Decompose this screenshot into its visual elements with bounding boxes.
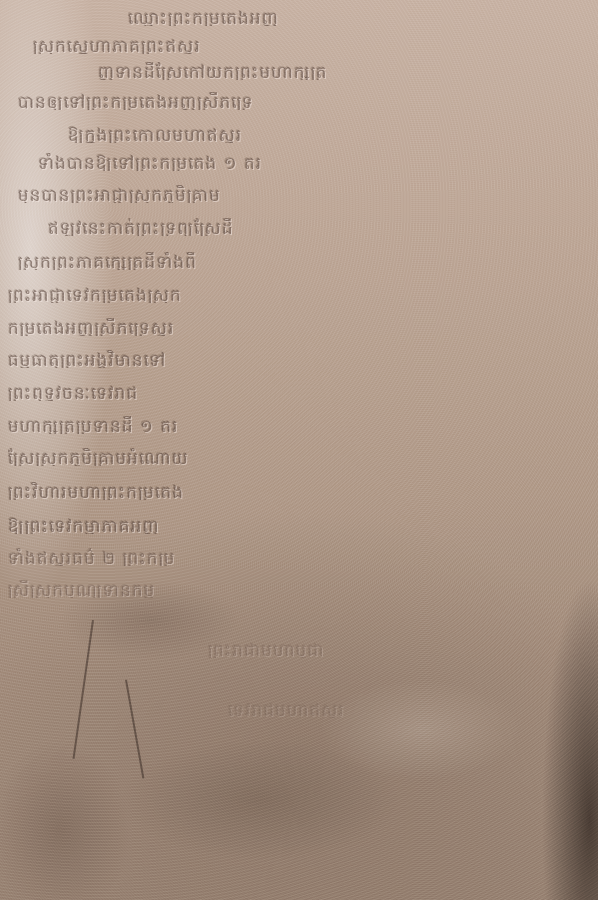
inscription-line: ធម្មធាតុព្រះអង្គវិមានទៅ: [8, 350, 594, 368]
inscription-line: ព្រះពុទ្ធវចនៈទេវរាជ: [8, 383, 594, 401]
inscription-line: ឱ្យក្នុងព្រះកោលមហាឥស្វរ: [68, 125, 594, 143]
inscription-line: មុនបានព្រះអាជ្ញាស្រុកភូមិគ្រាម: [18, 185, 594, 203]
inscription-line: ទាំងបានឱ្យទៅព្រះកម្រតេង ១ តរ: [38, 153, 594, 171]
inscription-line: ឈ្មោះព្រះកម្រតេងអញ: [128, 8, 594, 26]
inscription-line: កម្រតេងអញស្រីភទ្រេស្វរ: [8, 318, 594, 336]
inscription-line: ឥឡូវនេះកាត់ព្រះទ្រព្យស្រែដី: [48, 218, 594, 236]
inscription-line: ឱ្យព្រះទេវកម្មាភាគអញ: [8, 516, 594, 534]
inscription-line: ស្រុកព្រះភាគក្សេត្រដីទាំងពី: [18, 252, 594, 270]
inscription-line: ស្រែស្រុកភូមិគ្រាមអំណោយ: [8, 448, 594, 466]
inscription-line: ស្រុកស្នេហាភាគព្រះឥស្វរ: [33, 36, 594, 54]
inscription-line: ព្រះអាជ្ញាទេវកម្រតេងស្រុក: [8, 285, 594, 303]
inscription-line: ញទានដីស្រែកៅយកព្រះមហាក្សត្រ: [98, 62, 594, 80]
inscription-line: ព្រះវិហារមហាព្រះកម្រតេង: [8, 482, 594, 500]
inscription-line: ទេវរាជមហាឥស្វរ: [228, 700, 594, 718]
inscribed-stone-stele: ឈ្មោះព្រះកម្រតេងអញ ស្រុកស្នេហាភាគព្រះឥស្…: [0, 0, 598, 900]
inscription-line: បានឲ្យទៅព្រះកម្រតេងអញស្រីភទ្រេ: [18, 92, 594, 110]
inscription-line: ព្រះរាជាមហាបូជា: [208, 640, 594, 658]
inscription-line: ទាំងឥស្វរធម៌ ២ ព្រះកម្រ: [8, 548, 594, 566]
inscription-line: ស្រីស្រុកបុណ្យទានកម្ម: [8, 580, 594, 598]
inscription-line: មហាក្សត្រប្រទានដី ១ តរ: [8, 416, 594, 434]
